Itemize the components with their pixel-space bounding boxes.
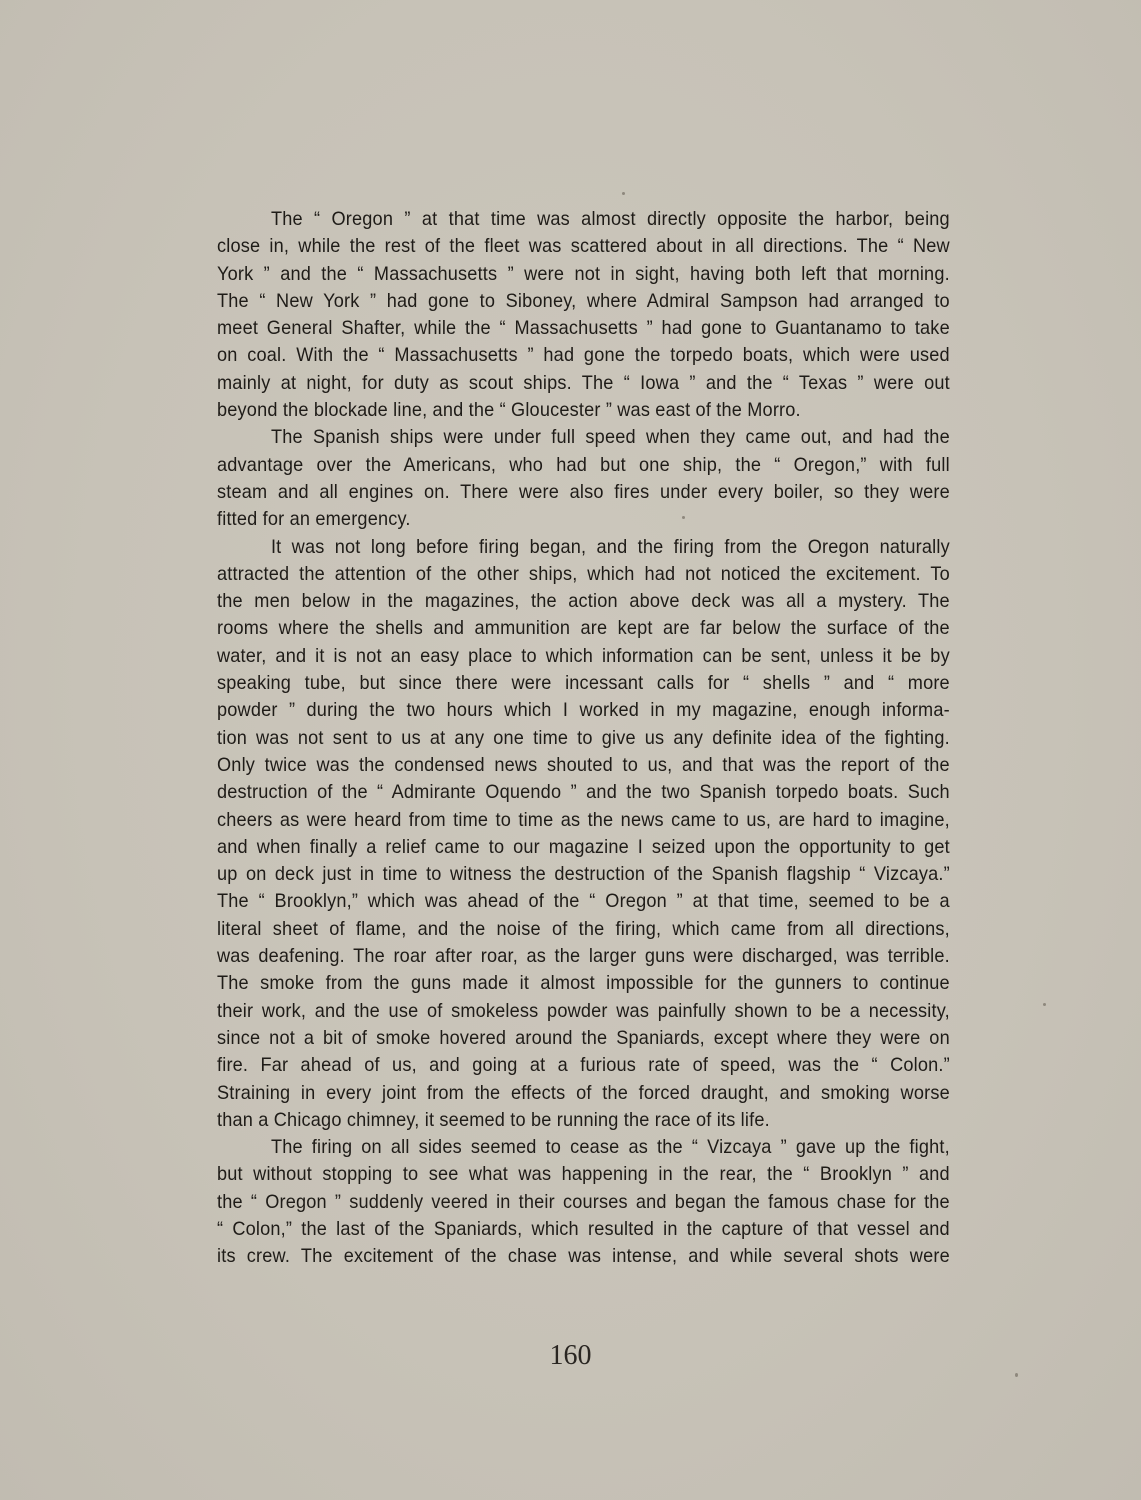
text-line: mainly at night, for duty as scout ships… <box>217 370 950 397</box>
paragraphs-container: The “ Oregon ” at that time was almost d… <box>217 206 950 1271</box>
text-line: water, and it is not an easy place to wh… <box>217 643 950 670</box>
paragraph: It was not long before firing began, and… <box>217 534 950 1135</box>
text-line: The “ Brooklyn,” which was ahead of the … <box>217 888 950 915</box>
text-line: The “ Oregon ” at that time was almost d… <box>217 206 950 233</box>
text-line: tion was not sent to us at any one time … <box>217 725 950 752</box>
text-line: than a Chicago chimney, it seemed to be … <box>217 1107 950 1134</box>
text-line: beyond the blockade line, and the “ Glou… <box>217 397 950 424</box>
page-number: 160 <box>0 1340 1141 1372</box>
text-line: was deafening. The roar after roar, as t… <box>217 943 950 970</box>
text-line: Straining in every joint from the effect… <box>217 1080 950 1107</box>
body-text: The “ Oregon ” at that time was almost d… <box>217 206 899 1271</box>
text-line: since not a bit of smoke hovered around … <box>217 1025 950 1052</box>
text-line: meet General Shafter, while the “ Massac… <box>217 315 950 342</box>
text-line: but without stopping to see what was hap… <box>217 1161 950 1188</box>
text-line: “ Colon,” the last of the Spaniards, whi… <box>217 1216 950 1243</box>
text-line: The “ New York ” had gone to Siboney, wh… <box>217 288 950 315</box>
paragraph: The Spanish ships were under full speed … <box>217 424 950 533</box>
book-page: The “ Oregon ” at that time was almost d… <box>0 0 1141 1500</box>
text-line: powder ” during the two hours which I wo… <box>217 697 950 724</box>
text-line: speaking tube, but since there were ince… <box>217 670 950 697</box>
text-line: the men below in the magazines, the acti… <box>217 588 950 615</box>
paragraph: The firing on all sides seemed to cease … <box>217 1134 950 1270</box>
text-line: attracted the attention of the other shi… <box>217 561 950 588</box>
text-line: and when finally a relief came to our ma… <box>217 834 950 861</box>
text-line: advantage over the Americans, who had bu… <box>217 452 950 479</box>
text-line: The firing on all sides seemed to cease … <box>217 1134 950 1161</box>
text-line: fire. Far ahead of us, and going at a fu… <box>217 1052 950 1079</box>
text-line: It was not long before firing began, and… <box>217 534 950 561</box>
text-line: the “ Oregon ” suddenly veered in their … <box>217 1189 950 1216</box>
text-line: The smoke from the guns made it almost i… <box>217 970 950 997</box>
text-line: destruction of the “ Admirante Oquendo ”… <box>217 779 950 806</box>
text-line: fitted for an emergency. <box>217 506 950 533</box>
text-line: close in, while the rest of the fleet wa… <box>217 233 950 260</box>
text-line: York ” and the “ Massachusetts ” were no… <box>217 261 950 288</box>
text-line: on coal. With the “ Massachusetts ” had … <box>217 342 950 369</box>
paper-speck <box>1043 1003 1046 1006</box>
paper-speck <box>622 192 625 195</box>
text-line: rooms where the shells and ammunition ar… <box>217 615 950 642</box>
text-line: literal sheet of flame, and the noise of… <box>217 916 950 943</box>
paragraph: The “ Oregon ” at that time was almost d… <box>217 206 950 424</box>
paper-speck <box>1015 1373 1018 1377</box>
text-line: steam and all engines on. There were als… <box>217 479 950 506</box>
text-line: Only twice was the condensed news shoute… <box>217 752 950 779</box>
text-line: its crew. The excitement of the chase wa… <box>217 1243 950 1270</box>
text-line: their work, and the use of smokeless pow… <box>217 998 950 1025</box>
text-line: cheers as were heard from time to time a… <box>217 807 950 834</box>
text-line: up on deck just in time to witness the d… <box>217 861 950 888</box>
text-line: The Spanish ships were under full speed … <box>217 424 950 451</box>
